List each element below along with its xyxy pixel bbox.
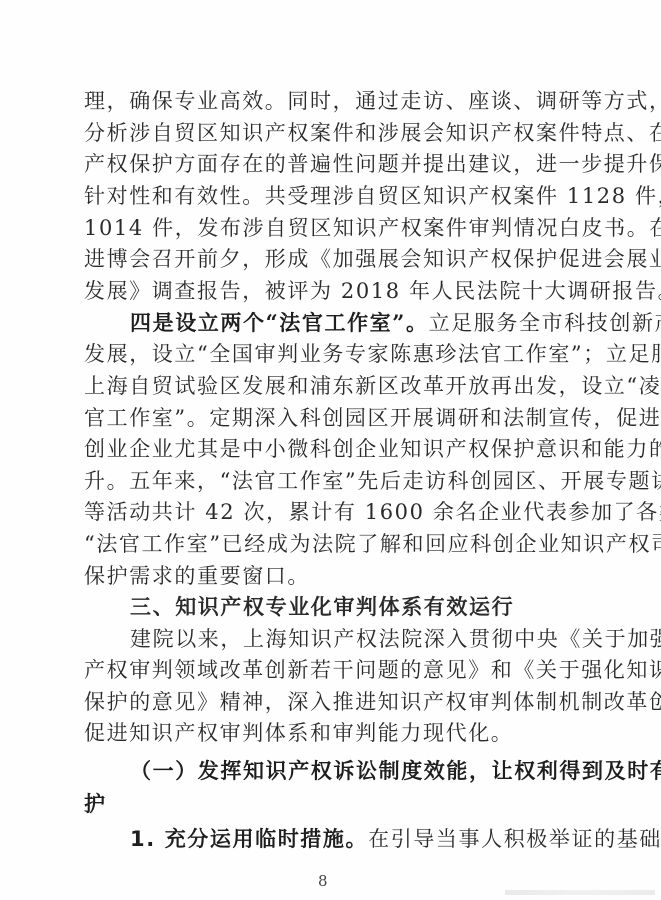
- item-one-bold-title: 1. 充分运用临时措施。: [130, 827, 368, 851]
- section-three-heading: 三、知识产权专业化审判体系有效运行: [130, 592, 576, 622]
- text-line: 理，确保专业高效。同时，通过走访、座谈、调研等方式，深度: [84, 86, 576, 116]
- text-line: 产权保护方面存在的普遍性问题并提出建议，进一步提升保护的: [84, 149, 576, 179]
- page-number: 8: [318, 872, 328, 890]
- text-line: 产权审判领域改革创新若干问题的意见》和《关于强化知识产权: [84, 655, 576, 685]
- text-line: 进博会召开前夕，形成《加强展会知识产权保护促进会展业健康: [84, 244, 576, 274]
- text-line: 针对性和有效性。共受理涉自贸区知识产权案件 1128 件，审结: [84, 181, 576, 211]
- item-one-rest: 在引导当事人积极举证的基础上，形: [368, 827, 661, 851]
- section-three-intro-first-line: 建院以来，上海知识产权法院深入贯彻中央《关于加强知识: [130, 624, 576, 654]
- subheading-one-line1: （一）发挥知识产权诉讼制度效能，让权利得到及时有效保: [130, 756, 576, 786]
- paragraph-four-lead-line: 四是设立两个“法官工作室”。立足服务全市科技创新产业: [130, 308, 576, 338]
- paragraph-four-bold-lead: 四是设立两个“法官工作室”。: [130, 310, 429, 335]
- text-line: “法官工作室”已经成为法院了解和回应科创企业知识产权司法: [84, 529, 576, 559]
- watermark: [505, 890, 655, 895]
- text-line: 等活动共计 42 次，累计有 1600 余名企业代表参加了各类活动，: [84, 497, 576, 527]
- text-line: 1014 件，发布涉自贸区知识产权案件审判情况白皮书。在首届: [84, 213, 576, 243]
- text-line: 上海自贸试验区发展和浦东新区改革开放再出发，设立“凌崧法: [84, 371, 576, 401]
- text-line: 保护需求的重要窗口。: [84, 561, 576, 591]
- text-line: 创业企业尤其是中小微科创企业知识产权保护意识和能力的提: [84, 434, 576, 464]
- text-line: 保护的意见》精神，深入推进知识产权审判体制机制改革创新，: [84, 687, 576, 717]
- text-line: 发展》调查报告，被评为 2018 年人民法院十大调研报告。: [84, 276, 576, 306]
- document-page: 理，确保专业高效。同时，通过走访、座谈、调研等方式，深度 分析涉自贸区知识产权案…: [0, 0, 661, 900]
- text-line: 发展，设立“全国审判业务专家陈惠珍法官工作室”；立足服务: [84, 339, 576, 369]
- text-line: 升。五年来，“法官工作室”先后走访科创园区、开展专题讲座: [84, 466, 576, 496]
- text-line: 官工作室”。定期深入科创园区开展调研和法制宣传，促进创新: [84, 403, 576, 433]
- text-line: 促进知识产权审判体系和审判能力现代化。: [84, 718, 576, 748]
- paragraph-four-lead-rest: 立足服务全市科技创新产业: [429, 311, 661, 335]
- text-line: 分析涉自贸区知识产权案件和涉展会知识产权案件特点、在知识: [84, 118, 576, 148]
- subheading-one-line2: 护: [84, 789, 576, 819]
- item-one-line: 1. 充分运用临时措施。在引导当事人积极举证的基础上，形: [130, 824, 576, 854]
